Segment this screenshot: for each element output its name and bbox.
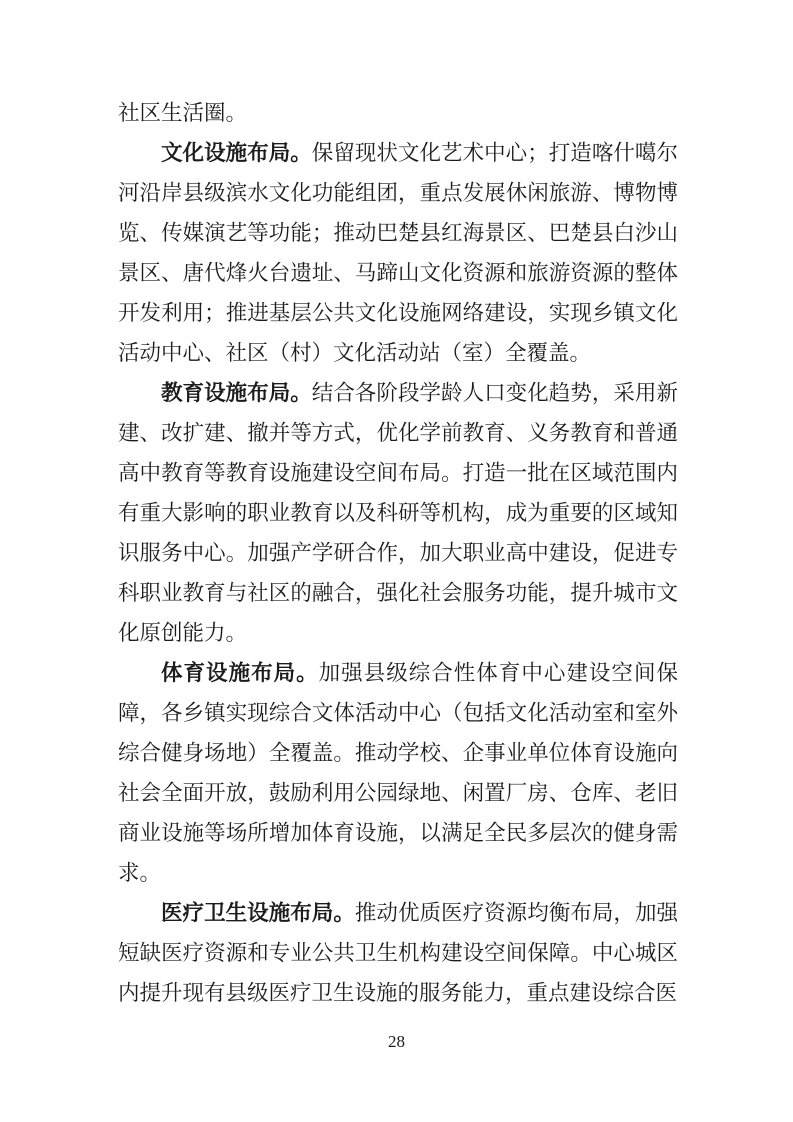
page-number: 28 xyxy=(0,1032,793,1052)
paragraph-medical-facilities: 医疗卫生设施布局。推动优质医疗资源均衡布局，加强短缺医疗资源和专业公共卫生机构建… xyxy=(118,893,678,1013)
paragraph-heading: 体育设施布局。 xyxy=(161,661,319,685)
paragraph-text: 加强县级综合性体育中心建设空间保障，各乡镇实现综合文体活动中心（包括文化活动室和… xyxy=(118,661,678,885)
paragraph-heading: 医疗卫生设施布局。 xyxy=(161,901,355,925)
paragraph-heading: 文化设施布局。 xyxy=(161,141,312,165)
paragraph-education-facilities: 教育设施布局。结合各阶段学龄人口变化趋势，采用新建、改扩建、撤并等方式，优化学前… xyxy=(118,373,678,653)
paragraph-text: 结合各阶段学龄人口变化趋势，采用新建、改扩建、撤并等方式，优化学前教育、义务教育… xyxy=(118,381,678,645)
page-content: 社区生活圈。 文化设施布局。保留现状文化艺术中心；打造喀什噶尔河沿岸县级滨水文化… xyxy=(118,93,678,1013)
paragraph-text: 社区生活圈。 xyxy=(118,101,247,125)
paragraph-culture-facilities: 文化设施布局。保留现状文化艺术中心；打造喀什噶尔河沿岸县级滨水文化功能组团，重点… xyxy=(118,133,678,373)
document-page: 社区生活圈。 文化设施布局。保留现状文化艺术中心；打造喀什噶尔河沿岸县级滨水文化… xyxy=(0,0,793,1122)
paragraph-text: 保留现状文化艺术中心；打造喀什噶尔河沿岸县级滨水文化功能组团，重点发展休闲旅游、… xyxy=(118,141,678,365)
paragraph-continuation: 社区生活圈。 xyxy=(118,93,678,133)
paragraph-heading: 教育设施布局。 xyxy=(161,381,312,405)
paragraph-sports-facilities: 体育设施布局。加强县级综合性体育中心建设空间保障，各乡镇实现综合文体活动中心（包… xyxy=(118,653,678,893)
